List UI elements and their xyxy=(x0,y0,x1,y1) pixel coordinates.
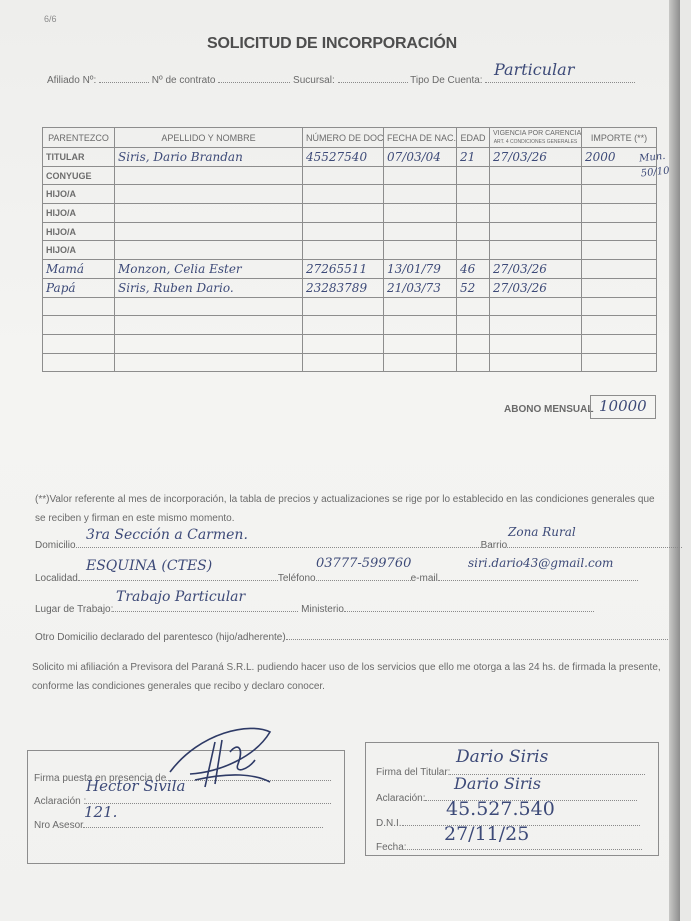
holder-firma-value[interactable]: Dario Siris xyxy=(456,747,548,767)
cell-doc[interactable] xyxy=(303,316,384,335)
cell-parentezco[interactable] xyxy=(43,316,115,335)
cell-nac[interactable]: 13/01/79 xyxy=(384,260,457,279)
cell-parentezco[interactable] xyxy=(43,353,115,372)
table-row xyxy=(43,334,657,353)
ministerio-label: Ministerio xyxy=(301,604,344,615)
cell-doc[interactable] xyxy=(303,297,384,316)
ministerio-field[interactable] xyxy=(344,602,594,612)
cell-nac[interactable] xyxy=(384,204,457,223)
trabajo-value[interactable]: Trabajo Particular xyxy=(116,589,245,605)
holder-firma-label: Firma del Titular: xyxy=(376,767,450,778)
table-row xyxy=(43,316,657,335)
footnote: (**)Valor referente al mes de incorporac… xyxy=(35,490,665,528)
cell-nac[interactable]: 21/03/73 xyxy=(384,278,457,297)
affiliate-label: Afiliado Nº: xyxy=(47,75,96,86)
cell-edad[interactable]: 46 xyxy=(457,260,490,279)
cell-edad[interactable] xyxy=(457,241,490,260)
table-row: HIJO/A xyxy=(43,204,657,223)
cell-nac[interactable] xyxy=(384,353,457,372)
holder-aclaracion-value[interactable]: Dario Siris xyxy=(454,774,541,793)
col-vigencia: VIGENCIA POR CARENCIA ART. 4 CONDICIONES… xyxy=(490,128,582,148)
cell-nac[interactable] xyxy=(384,166,457,185)
cell-edad[interactable] xyxy=(457,222,490,241)
margin-note: Mun. 50/10 xyxy=(639,149,671,182)
table-header-row: PARENTEZCO APELLIDO Y NOMBRE NÚMERO DE D… xyxy=(43,128,657,148)
contract-label: Nº de contrato xyxy=(152,75,216,86)
otro-domicilio-label: Otro Domicilio declarado del parentesco … xyxy=(35,632,286,643)
localidad-value[interactable]: ESQUINA (CTES) xyxy=(86,558,212,574)
cell-vigencia[interactable] xyxy=(490,316,582,335)
col-edad: EDAD xyxy=(457,128,490,148)
table-row: HIJO/A xyxy=(43,241,657,260)
cell-nombre[interactable]: Monzon, Celia Ester xyxy=(115,260,303,279)
cell-parentezco[interactable]: HIJO/A xyxy=(43,241,115,260)
barrio-label: Barrio xyxy=(481,540,508,551)
cell-vigencia[interactable] xyxy=(490,353,582,372)
account-type-label: Tipo De Cuenta: xyxy=(410,75,482,86)
telefono-value[interactable]: 03777-599760 xyxy=(316,556,411,571)
cell-nombre[interactable] xyxy=(115,222,303,241)
form-sheet: 6/6 SOLICITUD DE INCORPORACIÓN Afiliado … xyxy=(0,0,680,921)
branch-label: Sucursal: xyxy=(293,75,335,86)
cell-importe[interactable] xyxy=(582,260,657,279)
cell-importe[interactable] xyxy=(582,316,657,335)
col-parentezco: PARENTEZCO xyxy=(43,128,115,148)
vigencia-subtitle: ART. 4 CONDICIONES GENERALES xyxy=(493,138,578,146)
page-edge xyxy=(669,0,680,921)
cell-vigencia[interactable]: 27/03/26 xyxy=(490,278,582,297)
table-row: HIJO/A xyxy=(43,185,657,204)
advisor-asesor-row: Nro Asesor xyxy=(34,818,323,831)
col-numero-doc: NÚMERO DE DOC. xyxy=(303,128,384,148)
cell-vigencia[interactable] xyxy=(490,241,582,260)
cell-doc[interactable] xyxy=(303,166,384,185)
cell-doc[interactable] xyxy=(303,241,384,260)
advisor-asesor-field[interactable] xyxy=(83,818,323,828)
cell-nombre[interactable] xyxy=(115,353,303,372)
branch-field[interactable] xyxy=(338,73,408,83)
localidad-label: Localidad xyxy=(35,573,78,584)
cell-edad[interactable] xyxy=(457,334,490,353)
cell-vigencia[interactable] xyxy=(490,222,582,241)
cell-vigencia[interactable] xyxy=(490,297,582,316)
col-importe: IMPORTE (**) xyxy=(582,128,657,148)
cell-parentezco[interactable]: CONYUGE xyxy=(43,166,115,185)
col-fecha-nac: FECHA DE NAC. xyxy=(384,128,457,148)
cell-nombre[interactable] xyxy=(115,185,303,204)
cell-nombre[interactable] xyxy=(115,316,303,335)
cell-doc[interactable]: 45527540 xyxy=(303,148,384,167)
advisor-asesor-value[interactable]: 121. xyxy=(84,803,117,821)
abono-mensual-label: ABONO MENSUAL xyxy=(504,404,593,415)
cell-parentezco[interactable]: HIJO/A xyxy=(43,185,115,204)
cell-importe[interactable] xyxy=(582,334,657,353)
cell-edad[interactable]: 52 xyxy=(457,278,490,297)
cell-edad[interactable] xyxy=(457,316,490,335)
cell-edad[interactable] xyxy=(457,185,490,204)
cell-parentezco[interactable]: Papá xyxy=(43,278,115,297)
cell-parentezco[interactable]: HIJO/A xyxy=(43,222,115,241)
cell-parentezco[interactable]: HIJO/A xyxy=(43,204,115,223)
table-row: HIJO/A xyxy=(43,222,657,241)
cell-vigencia[interactable] xyxy=(490,334,582,353)
holder-signature-box: Firma del Titular: Aclaración: D.N.I. Fe… xyxy=(365,742,659,856)
table-row xyxy=(43,297,657,316)
cell-nombre[interactable] xyxy=(115,297,303,316)
contract-field[interactable] xyxy=(218,73,290,83)
barrio-value[interactable]: Zona Rural xyxy=(508,525,576,539)
cell-nombre[interactable] xyxy=(115,204,303,223)
holder-aclaracion-label: Aclaración: xyxy=(376,793,425,804)
form-title: SOLICITUD DE INCORPORACIÓN xyxy=(0,35,664,53)
holder-dni-value[interactable]: 45.527.540 xyxy=(446,798,555,820)
advisor-aclaracion-label: Aclaración : xyxy=(34,796,86,807)
trabajo-label: Lugar de Trabajo: xyxy=(35,604,113,615)
cell-doc[interactable] xyxy=(303,185,384,204)
table-row xyxy=(43,353,657,372)
abono-mensual-value: 10000 xyxy=(599,397,647,415)
col-apellido-nombre: APELLIDO Y NOMBRE xyxy=(115,128,303,148)
cell-nac[interactable] xyxy=(384,316,457,335)
family-table: PARENTEZCO APELLIDO Y NOMBRE NÚMERO DE D… xyxy=(42,127,657,372)
cell-importe[interactable] xyxy=(582,222,657,241)
cell-parentezco[interactable] xyxy=(43,297,115,316)
cell-parentezco[interactable]: Mamá xyxy=(43,260,115,279)
holder-fecha-label: Fecha: xyxy=(376,842,407,853)
cell-parentezco[interactable]: TITULAR xyxy=(43,148,115,167)
abono-mensual-box[interactable]: 10000 xyxy=(590,395,656,419)
cell-nac[interactable]: 07/03/04 xyxy=(384,148,457,167)
affiliate-field[interactable] xyxy=(99,73,149,83)
advisor-signature-scribble xyxy=(160,712,280,802)
cell-nombre[interactable] xyxy=(115,166,303,185)
vigencia-title: VIGENCIA POR CARENCIA xyxy=(493,130,581,137)
margin-note-line-2: 50/10 xyxy=(640,163,670,181)
otro-domicilio-row: Otro Domicilio declarado del parentesco … xyxy=(35,630,668,643)
cell-doc[interactable]: 27265511 xyxy=(303,260,384,279)
cell-edad[interactable] xyxy=(457,166,490,185)
cell-vigencia[interactable]: 27/03/26 xyxy=(490,148,582,167)
cell-edad[interactable] xyxy=(457,297,490,316)
cell-doc[interactable] xyxy=(303,204,384,223)
cell-importe[interactable] xyxy=(582,353,657,372)
table-row: CONYUGE xyxy=(43,166,657,185)
holder-fecha-value[interactable]: 27/11/25 xyxy=(444,823,529,845)
cell-importe[interactable] xyxy=(582,241,657,260)
cell-importe[interactable] xyxy=(582,278,657,297)
cell-importe[interactable] xyxy=(582,204,657,223)
cell-parentezco[interactable] xyxy=(43,334,115,353)
declaration: Solicito mi afiliación a Previsora del P… xyxy=(32,658,672,696)
page-number: 6/6 xyxy=(44,14,57,24)
cell-importe[interactable] xyxy=(582,185,657,204)
cell-edad[interactable]: 21 xyxy=(457,148,490,167)
cell-nombre[interactable]: Siris, Ruben Dario. xyxy=(115,278,303,297)
cell-edad[interactable] xyxy=(457,353,490,372)
email-value[interactable]: siri.dario43@gmail.com xyxy=(468,556,613,570)
cell-doc[interactable] xyxy=(303,334,384,353)
cell-vigencia[interactable]: 27/03/26 xyxy=(490,260,582,279)
cell-nac[interactable] xyxy=(384,334,457,353)
otro-domicilio-field[interactable] xyxy=(286,630,668,640)
telefono-field[interactable] xyxy=(316,571,411,581)
email-label: e-mail xyxy=(411,573,438,584)
cell-nac[interactable] xyxy=(384,185,457,204)
cell-vigencia[interactable] xyxy=(490,166,582,185)
cell-nac[interactable] xyxy=(384,241,457,260)
domicilio-value[interactable]: 3ra Sección a Carmen. xyxy=(86,527,248,543)
cell-vigencia[interactable] xyxy=(490,204,582,223)
email-field[interactable] xyxy=(438,571,638,581)
holder-dni-label: D.N.I. xyxy=(376,818,402,829)
cell-doc[interactable] xyxy=(303,353,384,372)
domicilio-label: Domicilio xyxy=(35,540,76,551)
table-row: TITULARSiris, Dario Brandan4552754007/03… xyxy=(43,148,657,167)
cell-doc[interactable] xyxy=(303,222,384,241)
cell-doc[interactable]: 23283789 xyxy=(303,278,384,297)
table-row: MamáMonzon, Celia Ester2726551113/01/794… xyxy=(43,260,657,279)
telefono-label: Teléfono xyxy=(278,573,316,584)
cell-importe[interactable] xyxy=(582,297,657,316)
account-type-value[interactable]: Particular xyxy=(494,60,574,79)
cell-vigencia[interactable] xyxy=(490,185,582,204)
cell-nombre[interactable] xyxy=(115,241,303,260)
barrio-field[interactable] xyxy=(507,538,682,548)
cell-nac[interactable] xyxy=(384,297,457,316)
table-row: PapáSiris, Ruben Dario.2328378921/03/735… xyxy=(43,278,657,297)
cell-nombre[interactable]: Siris, Dario Brandan xyxy=(115,148,303,167)
cell-nombre[interactable] xyxy=(115,334,303,353)
advisor-asesor-label: Nro Asesor xyxy=(34,820,83,831)
cell-edad[interactable] xyxy=(457,204,490,223)
cell-nac[interactable] xyxy=(384,222,457,241)
